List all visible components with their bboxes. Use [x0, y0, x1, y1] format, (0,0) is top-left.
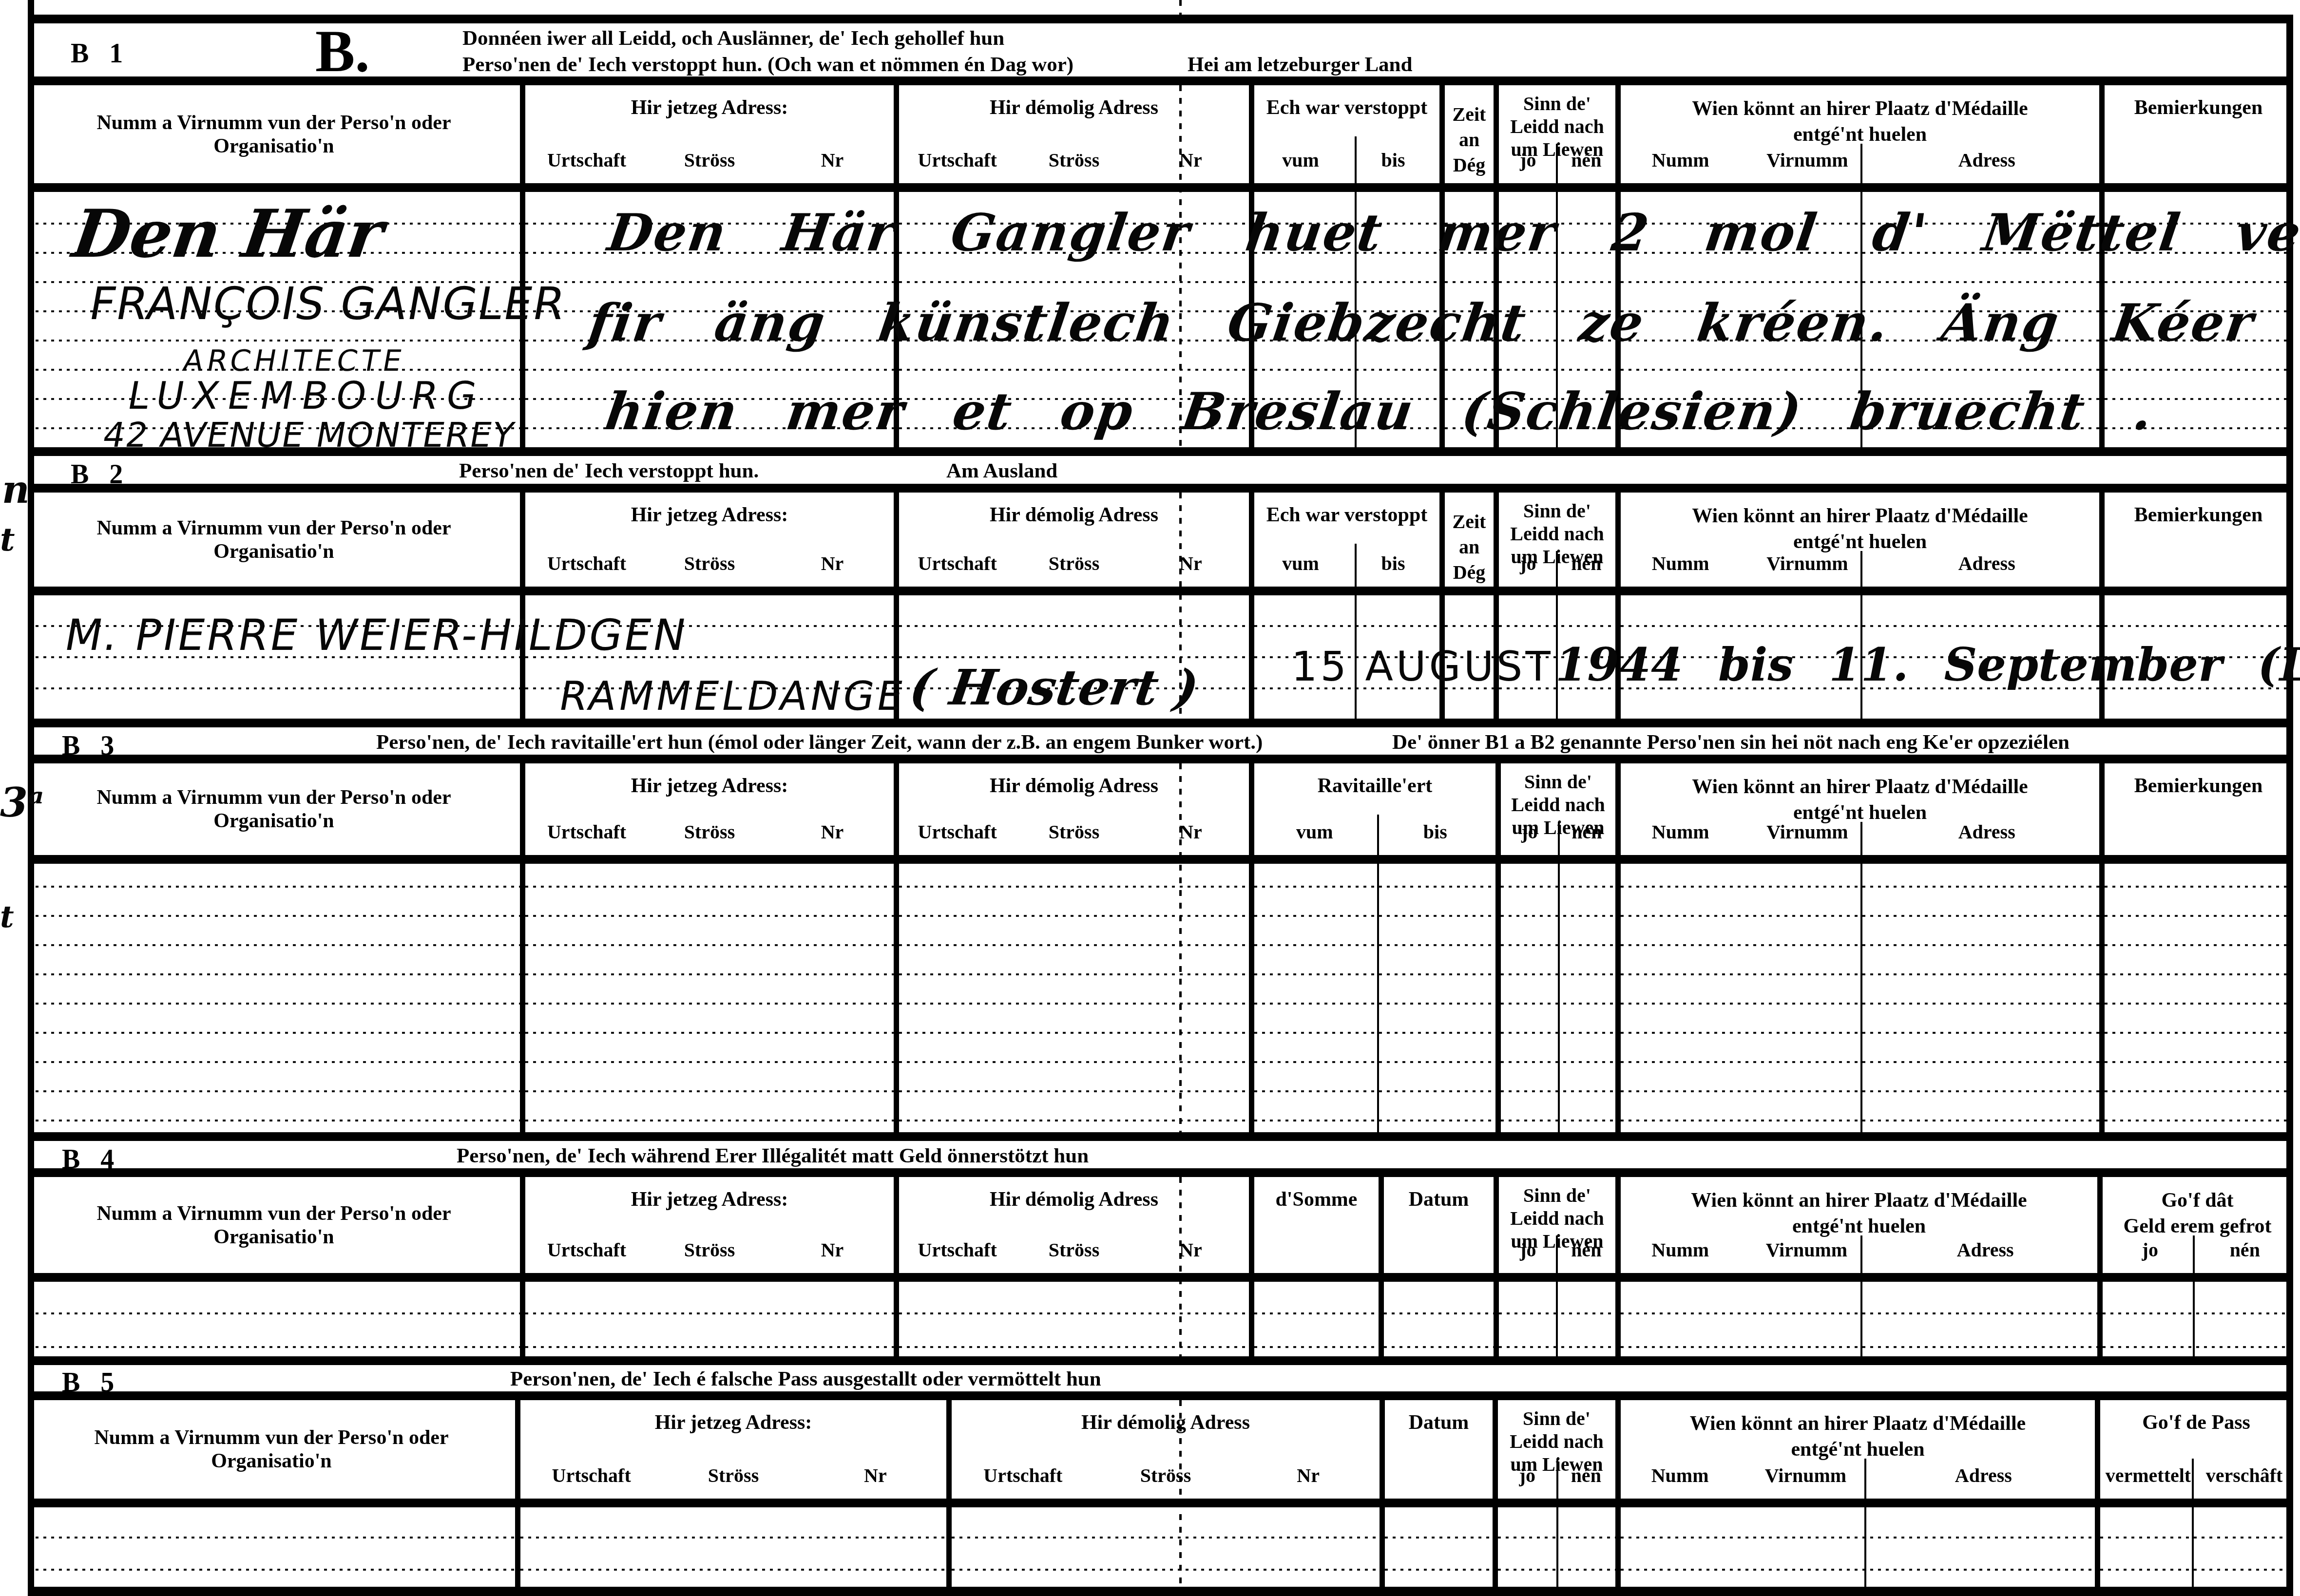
sub-header-nr: Nr [771, 149, 894, 171]
sub-header-nen: nén [1557, 1464, 1616, 1487]
b5-col-medal: Wien könnt an hirer Plaatz d'Médaille en… [1621, 1400, 2100, 1587]
col-header-former-address: Hir démolig Adress [899, 774, 1249, 798]
b1-title-line2: Perso'nen de' Iech verstoppt hun. (Och w… [462, 53, 1073, 76]
sub-header-urtschaft: Urtschaft [525, 149, 648, 171]
col-header-medal1: Wien könnt an hirer Plaatz d'Médaille [1621, 1188, 2097, 1214]
sub-header-jo: jo [1501, 820, 1558, 843]
col-header-zeit3: Dég [1445, 152, 1494, 178]
col-header-medal2: entgé'nt huelen [1621, 1437, 2095, 1463]
b5-medal-cell [1621, 1507, 2095, 1587]
rule-line [28, 1168, 2292, 1177]
col-header-name: Numm a Virnumm vun der Perso'n oder Orga… [28, 85, 520, 183]
b3-name-cell [28, 864, 520, 1132]
sub-header-vum: vum [1254, 552, 1347, 575]
sub-header-vermettelt: vermettelt [2100, 1464, 2196, 1487]
column-divider [1556, 551, 1558, 719]
sub-header-adress: Adress [1874, 552, 2099, 575]
col-header-zeit3: Dég [1445, 560, 1494, 585]
b3-col-ravitailleert: Ravitaille'ert vum bis [1254, 763, 1501, 1132]
b4-col-geld: Go'f dât Geld erem gefrot jo nén [2103, 1177, 2292, 1356]
col-header-datum: Datum [1385, 1411, 1493, 1434]
sub-header-virnumm: Virnumm [1739, 1464, 1872, 1487]
col-header-alive2: Leidd nach [1499, 115, 1615, 138]
b4-col-name: Numm a Virnumm vun der Perso'n oder Orga… [28, 1177, 525, 1356]
margin-mark-t2: t [0, 899, 14, 934]
col-header-name: Numm a Virnumm vun der Perso'n oder Orga… [28, 1400, 515, 1499]
b5-col-datum: Datum [1385, 1400, 1498, 1587]
b1-note-line1: Den Här Gangler huet mer 2 mol d' Mëttel… [604, 202, 2300, 263]
col-header-now-address: Hir jetzeg Adress: [525, 503, 894, 527]
col-header-zeit2: an [1445, 127, 1494, 152]
b3-title2: De' önner B1 a B2 genannte Perso'nen sin… [1392, 730, 2070, 754]
b1-big-letter: B. [315, 18, 370, 86]
sub-header-stross: Ströss [1094, 1464, 1237, 1487]
b3-former-address-cell [899, 864, 1249, 1132]
sub-header-virnumm: Virnumm [1740, 1238, 1874, 1261]
sub-header-numm: Numm [1621, 1464, 1739, 1487]
b5-now-address-cell [520, 1507, 946, 1587]
column-divider [1864, 1459, 1866, 1587]
sub-header-urtschaft: Urtschaft [899, 552, 1016, 575]
b1-title-band: B 1 B. Donnéen iwer all Leidd, och Auslä… [28, 23, 2292, 76]
margin-mark-3a: 3ᵃ [0, 779, 44, 826]
b1-title-right: Hei am letzeburger Land [1188, 53, 1412, 76]
col-header-medal2: entgé'nt huelen [1621, 529, 2099, 555]
b1-note-line2: fir äng künstlech Giebzecht ze kréen. Än… [585, 292, 2300, 353]
sub-header-urtschaft: Urtschaft [952, 1464, 1094, 1487]
sub-header-nr: Nr [771, 1238, 894, 1261]
col-header-name: Numm a Virnumm vun der Perso'n oder Orga… [28, 1177, 520, 1273]
sub-header-stross: Ströss [648, 820, 771, 843]
column-divider [2192, 1459, 2194, 1587]
col-header-alive2: Leidd nach [1499, 1207, 1615, 1230]
b5-title-band: B 5 Person'nen, de' Iech é falsche Pass … [28, 1365, 2292, 1391]
col-header-alive1: Sinn de' [1499, 499, 1615, 522]
col-header-name: Numm a Virnumm vun der Perso'n oder Orga… [28, 763, 520, 855]
b1-handwriting-name: FRANÇOIS GANGLER [85, 278, 570, 330]
b2-handwriting-place-note: ( Hostert ) [906, 659, 1202, 716]
sub-header-adress: Adress [1872, 1464, 2095, 1487]
sub-header-jo: jo [2103, 1238, 2198, 1261]
sub-header-nen: nén [1557, 1238, 1616, 1261]
col-header-medal2: entgé'nt huelen [1621, 122, 2099, 148]
sub-header-nr: Nr [771, 820, 894, 843]
column-divider [1860, 551, 1862, 719]
col-header-hidden: Ech war verstoppt [1254, 96, 1439, 119]
b2-title-band: B 2 Perso'nen de' Iech verstoppt hun. Am… [28, 456, 2292, 484]
col-header-zeit1: Zeit [1445, 509, 1494, 534]
b3-table: Numm a Virnumm vun der Perso'n oder Orga… [28, 763, 2292, 1132]
b4-title: Perso'nen, de' Iech während Erer Illégal… [457, 1144, 1089, 1168]
b2-period-script: 1944 bis 11. September (Liberatioun [1555, 638, 2300, 692]
b2-title-right: Am Ausland [946, 459, 1057, 483]
dashed-guide [1179, 763, 1182, 1132]
sub-header-bis: bis [1347, 552, 1439, 575]
b2-handwriting-place: RAMMELDANGE [556, 673, 909, 720]
sub-header-numm: Numm [1621, 820, 1741, 843]
col-header-now-address: Hir jetzeg Adress: [525, 774, 894, 798]
b4-col-medal: Wien könnt an hirer Plaatz d'Médaille en… [1621, 1177, 2103, 1356]
col-header-former-address: Hir démolig Adress [899, 503, 1249, 527]
b4-medal-cell [1621, 1282, 2097, 1356]
b3-col-medal: Wien könnt an hirer Plaatz d'Médaille en… [1621, 763, 2105, 1132]
b3-remarks-cell [2105, 864, 2292, 1132]
dashed-guide [1179, 1400, 1182, 1596]
b3-ravitailleert-cell [1254, 864, 1495, 1132]
sub-header-numm: Numm [1621, 1238, 1740, 1261]
b1-handwriting-city: LUXEMBOURG [124, 374, 489, 418]
col-header-former-address: Hir démolig Adress [899, 1188, 1249, 1211]
col-header-medal1: Wien könnt an hirer Plaatz d'Médaille [1621, 503, 2099, 529]
col-header-geld2: Geld erem gefrot [2103, 1214, 2292, 1239]
sub-header-jo: jo [1498, 1464, 1557, 1487]
b4-table: Numm a Virnumm vun der Perso'n oder Orga… [28, 1177, 2292, 1356]
sub-header-nr: Nr [1132, 820, 1249, 843]
rule-line [28, 755, 2292, 763]
b4-former-address-cell [899, 1282, 1249, 1356]
col-header-alive1: Sinn de' [1499, 92, 1615, 115]
rule-line [28, 1132, 2292, 1141]
col-header-medal2: entgé'nt huelen [1621, 1214, 2097, 1239]
col-header-datum: Datum [1384, 1188, 1494, 1211]
sub-header-stross: Ströss [1016, 1238, 1132, 1261]
b3-medal-cell [1621, 864, 2099, 1132]
b3-col-now-address: Hir jetzeg Adress: Urtschaft Ströss Nr [525, 763, 899, 1132]
col-header-medal1: Wien könnt an hirer Plaatz d'Médaille [1621, 1411, 2095, 1437]
b3-col-remarks: Bemierkungen [2105, 763, 2292, 1132]
col-header-alive1: Sinn de' [1501, 770, 1615, 793]
column-divider [1860, 822, 1862, 1132]
b4-datum-cell [1384, 1282, 1494, 1356]
sub-header-bis: bis [1375, 820, 1496, 843]
sub-header-adress: Adress [1873, 1238, 2097, 1261]
col-header-remarks: Bemierkungen [2105, 503, 2292, 527]
col-header-remarks: Bemierkungen [2105, 774, 2292, 798]
b5-table: Numm a Virnumm vun der Perso'n oder Orga… [28, 1400, 2292, 1587]
sub-header-vum: vum [1254, 149, 1347, 171]
sub-header-adress: Adress [1874, 149, 2099, 171]
b1-section-label: B 1 [71, 38, 130, 69]
col-header-name: Numm a Virnumm vun der Perso'n oder Orga… [28, 493, 520, 587]
b1-handwriting-den-haer: Den Här [68, 195, 388, 272]
col-header-alive2: Leidd nach [1501, 793, 1615, 816]
sub-header-urtschaft: Urtschaft [525, 1238, 648, 1261]
sub-header-urtschaft: Urtschaft [899, 149, 1016, 171]
col-header-alive1: Sinn de' [1499, 1184, 1615, 1207]
b4-name-cell [28, 1282, 520, 1356]
sub-header-jo: jo [1499, 149, 1557, 171]
b4-title-band: B 4 Perso'nen, de' Iech während Erer Ill… [28, 1141, 2292, 1168]
b2-section-label: B 2 [71, 459, 130, 490]
sub-header-stross: Ströss [1016, 820, 1132, 843]
b2-handwriting-period: 15 AUGUST 1944 bis 11. September (Libera… [1291, 638, 2300, 692]
sub-header-nen: nén [2198, 1238, 2293, 1261]
b3-now-address-cell [525, 864, 894, 1132]
sub-header-urtschaft: Urtschaft [520, 1464, 662, 1487]
col-header-alive2: Leidd nach [1499, 522, 1615, 545]
b2-title: Perso'nen de' Iech verstoppt hun. [459, 459, 759, 483]
col-header-remarks: Bemierkungen [2105, 96, 2292, 119]
sub-header-nr: Nr [1132, 1238, 1249, 1261]
b5-name-cell [28, 1507, 515, 1587]
sub-header-nr: Nr [1237, 1464, 1380, 1487]
col-header-medal1: Wien könnt an hirer Plaatz d'Médaille [1621, 96, 2099, 122]
b4-somme-cell [1254, 1282, 1379, 1356]
sub-header-stross: Ströss [1016, 552, 1132, 575]
b2-col-name: Numm a Virnumm vun der Perso'n oder Orga… [28, 493, 525, 719]
b4-now-address-cell [525, 1282, 894, 1356]
b3-col-former-address: Hir démolig Adress Urtschaft Ströss Nr [899, 763, 1254, 1132]
sub-header-urtschaft: Urtschaft [525, 552, 648, 575]
scanned-form-page: B 1 B. Donnéen iwer all Leidd, och Auslä… [0, 0, 2300, 1596]
sub-header-stross: Ströss [648, 552, 771, 575]
sub-header-nen: nén [1558, 820, 1616, 843]
b2-handwriting-name: M. PIERRE WEIER-HILDGEN [61, 610, 692, 660]
sub-header-urtschaft: Urtschaft [899, 820, 1016, 843]
b5-pass-cell [2100, 1507, 2292, 1587]
col-header-medal1: Wien könnt an hirer Plaatz d'Médaille [1621, 774, 2099, 800]
b5-col-now-address: Hir jetzeg Adress: Urtschaft Ströss Nr [520, 1400, 952, 1587]
sub-header-jo: jo [1499, 552, 1557, 575]
b4-section-label: B 4 [62, 1144, 121, 1175]
b1-handwriting-profession: ARCHITECTE [180, 344, 408, 378]
b1-title-line1: Donnéen iwer all Leidd, och Auslänner, d… [462, 26, 1004, 50]
col-header-former-address: Hir démolig Adress [899, 96, 1249, 119]
b5-title: Person'nen, de' Iech é falsche Pass ausg… [510, 1367, 1101, 1391]
b1-handwriting-street: 42 AVENUE MONTEREY [100, 415, 518, 455]
sub-header-jo: jo [1499, 1238, 1557, 1261]
b3-title: Perso'nen, de' Iech ravitaille'ert hun (… [376, 730, 1263, 754]
col-header-ravitailleert: Ravitaille'ert [1254, 774, 1495, 798]
col-header-now-address: Hir jetzeg Adress: [520, 1411, 946, 1434]
b5-former-address-cell [952, 1507, 1380, 1587]
b5-col-former-address: Hir démolig Adress Urtschaft Ströss Nr [952, 1400, 1385, 1587]
col-header-alive1: Sinn de' [1498, 1407, 1615, 1430]
sub-header-virnumm: Virnumm [1741, 552, 1875, 575]
sub-header-numm: Numm [1621, 552, 1741, 575]
b5-datum-cell [1385, 1507, 1493, 1587]
sub-header-nen: nén [1557, 149, 1616, 171]
b5-section-label: B 5 [62, 1367, 121, 1398]
b4-col-somme: d'Somme [1254, 1177, 1384, 1356]
column-divider [1556, 1235, 1558, 1356]
b5-col-alive: Sinn de' Leidd nach um Liewen jo nén [1498, 1400, 1621, 1587]
col-header-former-address: Hir démolig Adress [952, 1411, 1380, 1434]
b5-col-pass: Go'f de Pass vermettelt verschâft [2100, 1400, 2292, 1587]
sub-header-nen: nén [1557, 552, 1616, 575]
sub-header-nr: Nr [805, 1464, 946, 1487]
col-header-hidden: Ech war verstoppt [1254, 503, 1439, 527]
column-divider [1556, 1459, 1558, 1587]
sub-header-virnumm: Virnumm [1741, 149, 1875, 171]
sub-header-nr: Nr [771, 552, 894, 575]
dashed-guide [1179, 1177, 1182, 1356]
sub-header-numm: Numm [1621, 149, 1741, 171]
b3-col-name: Numm a Virnumm vun der Perso'n oder Orga… [28, 763, 525, 1132]
col-header-now-address: Hir jetzeg Adress: [525, 96, 894, 119]
sub-header-urtschaft: Urtschaft [899, 1238, 1016, 1261]
rule-line [28, 484, 2292, 493]
b4-col-now-address: Hir jetzeg Adress: Urtschaft Ströss Nr [525, 1177, 899, 1356]
b1-note-line3: hien mer et op Breslau (Schlesien) bruec… [602, 381, 2157, 441]
b5-col-name: Numm a Virnumm vun der Perso'n oder Orga… [28, 1400, 520, 1587]
column-divider [1355, 544, 1357, 719]
sub-header-verschaft: verschâft [2196, 1464, 2292, 1487]
sub-header-stross: Ströss [648, 1238, 771, 1261]
b4-col-alive: Sinn de' Leidd nach um Liewen jo nén [1499, 1177, 1621, 1356]
sub-header-virnumm: Virnumm [1741, 820, 1875, 843]
margin-mark-t1: t [0, 520, 15, 558]
sub-header-stross: Ströss [1016, 149, 1132, 171]
col-header-alive2: Leidd nach [1498, 1430, 1615, 1453]
sub-header-urtschaft: Urtschaft [525, 820, 648, 843]
sub-header-nr: Nr [1132, 552, 1249, 575]
rule-line [28, 1587, 2292, 1596]
b4-col-former-address: Hir démolig Adress Urtschaft Ströss Nr [899, 1177, 1254, 1356]
b4-col-datum: Datum [1384, 1177, 1499, 1356]
b3-title-band: B 3 Perso'nen, de' Iech ravitaille'ert h… [28, 727, 2292, 755]
column-divider [2193, 1235, 2195, 1356]
sub-header-bis: bis [1347, 149, 1439, 171]
sub-header-stross: Ströss [662, 1464, 804, 1487]
sub-header-stross: Ströss [648, 149, 771, 171]
column-divider [1860, 1235, 1862, 1356]
sub-header-adress: Adress [1874, 820, 2099, 843]
col-header-somme: d'Somme [1254, 1188, 1379, 1211]
b3-section-label: B 3 [62, 730, 121, 761]
rule-line [28, 1391, 2292, 1400]
rule-line [28, 1356, 2292, 1365]
b3-col-alive: Sinn de' Leidd nach um Liewen jo nén [1501, 763, 1621, 1132]
col-header-geld1: Go'f dât [2103, 1188, 2292, 1214]
b4-geld-cell [2103, 1282, 2292, 1356]
column-divider [1558, 822, 1560, 1132]
b2-period-caps: 15 AUGUST [1291, 643, 1553, 690]
margin-mark-n: n [2, 468, 30, 512]
col-header-now-address: Hir jetzeg Adress: [525, 1188, 894, 1211]
rule-line [28, 719, 2292, 727]
col-header-zeit1: Zeit [1445, 102, 1494, 127]
sub-header-nr: Nr [1132, 149, 1249, 171]
col-header-pass: Go'f de Pass [2100, 1411, 2292, 1434]
col-header-zeit2: an [1445, 534, 1494, 560]
dashed-guide [1179, 0, 1182, 15]
sub-header-vum: vum [1254, 820, 1375, 843]
column-divider [1377, 815, 1379, 1132]
